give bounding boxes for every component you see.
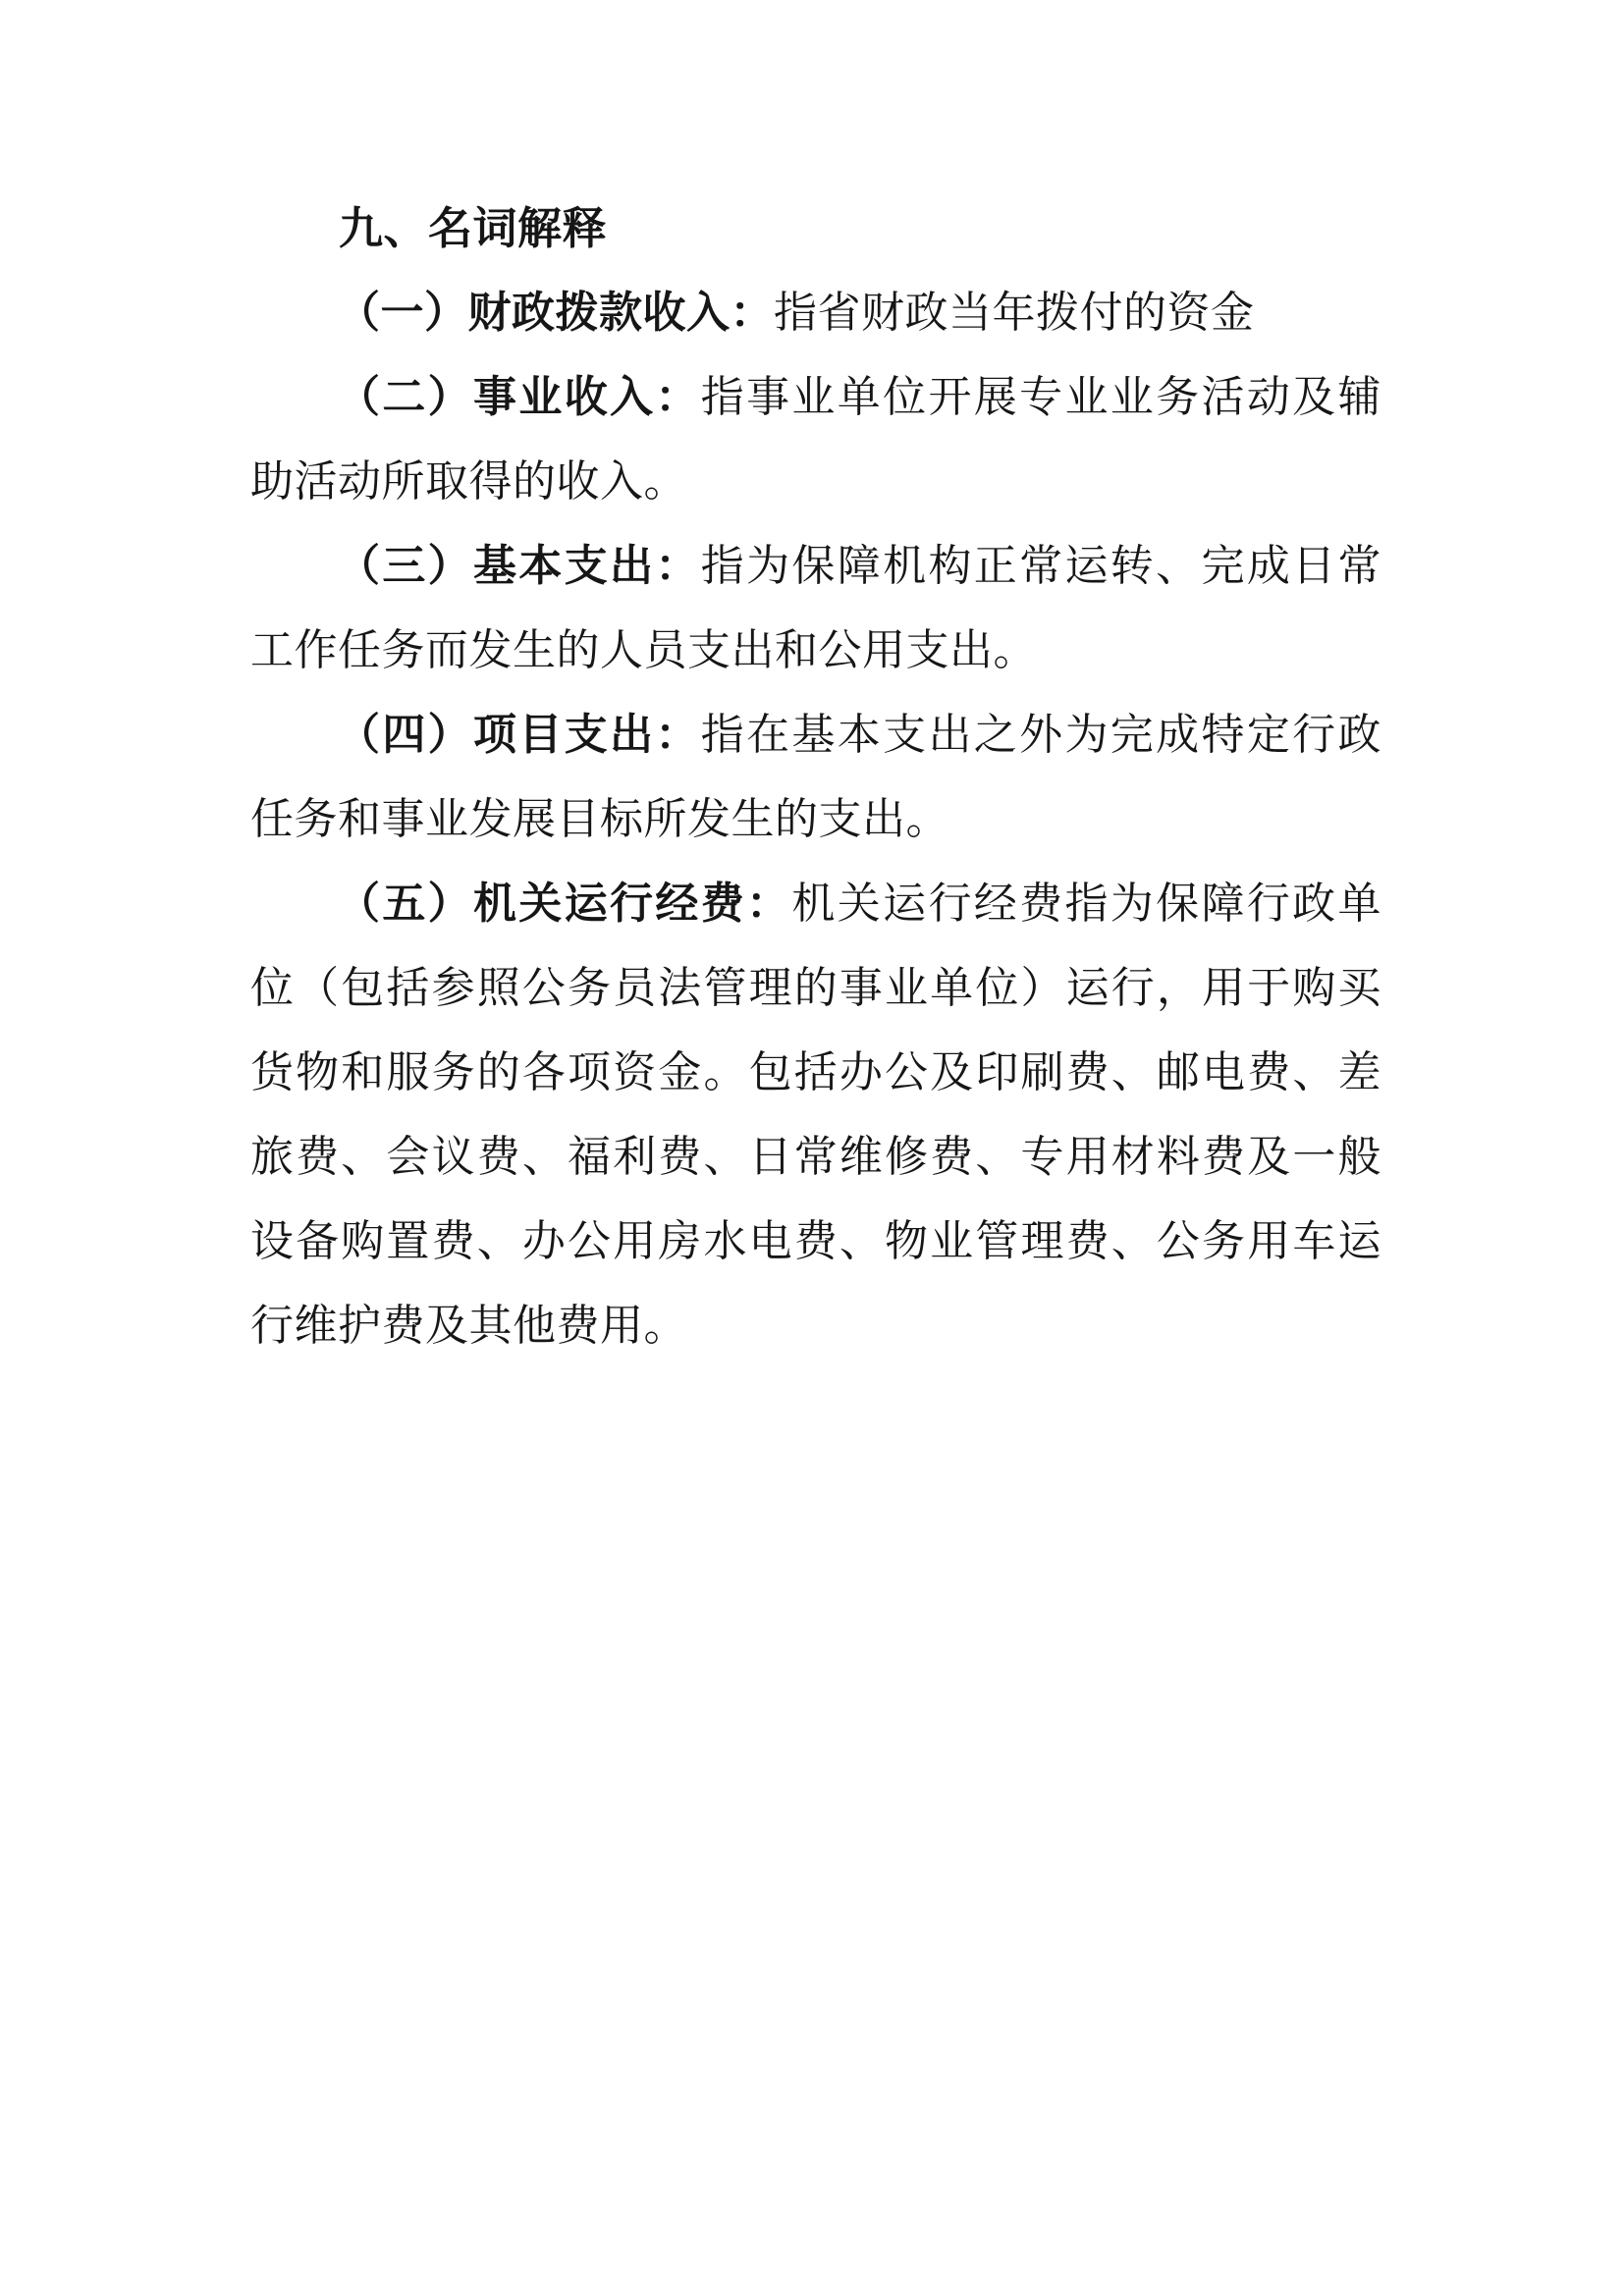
term-label: （二）事业收入：: [337, 373, 701, 421]
term-paragraph: （三）基本支出：指为保障机构正常运转、完成日常工作任务而发生的人员支出和公用支出…: [250, 524, 1381, 693]
term-label: （四）项目支出：: [337, 711, 701, 759]
section-heading: 九、名词解释: [250, 187, 1381, 271]
term-paragraph: （二）事业收入：指事业单位开展专业业务活动及辅助活动所取得的收入。: [250, 355, 1381, 524]
term-paragraph: （一）财政拨款收入：指省财政当年拨付的资金: [250, 271, 1381, 355]
term-label: （一）财政拨款收入：: [337, 289, 774, 337]
term-label: （三）基本支出：: [337, 542, 701, 590]
term-paragraph: （四）项目支出：指在基本支出之外为完成特定行政任务和事业发展目标所发生的支出。: [250, 693, 1381, 862]
term-definition: 指省财政当年拨付的资金: [774, 289, 1255, 337]
term-definition: 机关运行经费指为保障行政单位（包括参照公务员法管理的事业单位）运行，用于购买货物…: [250, 880, 1381, 1350]
term-paragraph: （五）机关运行经费：机关运行经费指为保障行政单位（包括参照公务员法管理的事业单位…: [250, 862, 1381, 1368]
document-page: 九、名词解释 （一）财政拨款收入：指省财政当年拨付的资金 （二）事业收入：指事业…: [0, 0, 1624, 2296]
document-content: 九、名词解释 （一）财政拨款收入：指省财政当年拨付的资金 （二）事业收入：指事业…: [250, 187, 1381, 1368]
term-label: （五）机关运行经费：: [337, 880, 791, 928]
